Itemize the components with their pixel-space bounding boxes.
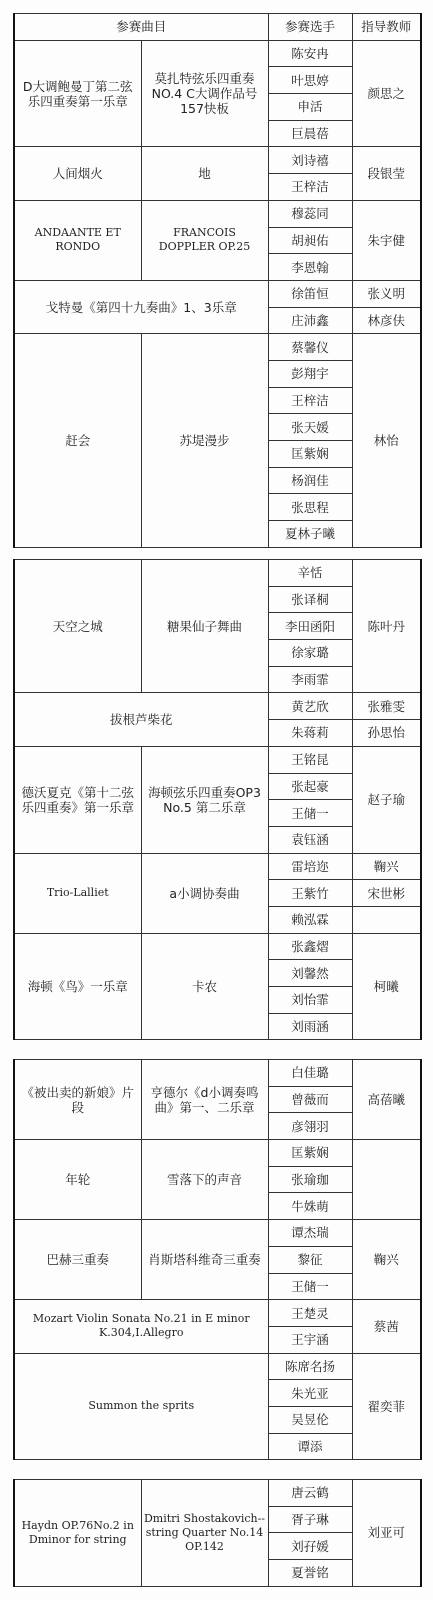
teacher-cell: 蔡茜 — [352, 1300, 421, 1353]
player-cell: 王铭昆 — [268, 746, 352, 773]
player-cell: 申活 — [268, 94, 352, 121]
player-cell: 牛姝萌 — [268, 1193, 352, 1220]
player-cell: 曾薇而 — [268, 1086, 352, 1113]
player-cell: 杨润佳 — [268, 467, 352, 494]
player-cell: 胥子琳 — [268, 1506, 352, 1533]
teacher-cell-empty — [352, 906, 421, 933]
player-cell: 王楚灵 — [268, 1300, 352, 1327]
player-cell: 赖泓霖 — [268, 906, 352, 933]
player-cell: 彦翎羽 — [268, 1113, 352, 1140]
piece-cell: 海顿弦乐四重奏OP3 No.5 第二乐章 — [141, 746, 268, 853]
player-cell: 王储一 — [268, 800, 352, 827]
piece-cell: a小调协奏曲 — [141, 853, 268, 933]
teacher-cell: 陈叶丹 — [352, 560, 421, 693]
teacher-cell: 柯曦 — [352, 933, 421, 1040]
player-cell: 袁钰涵 — [268, 826, 352, 853]
piece-cell: Dmitri Shostakovich--string Quarter No.1… — [141, 1480, 268, 1587]
teacher-cell: 高蓓曦 — [352, 1060, 421, 1140]
player-cell: 王储一 — [268, 1273, 352, 1300]
piece-cell: 莫扎特弦乐四重奏NO.4 C大调作品号157快板 — [141, 40, 268, 147]
teacher-cell: 鞠兴 — [352, 853, 421, 880]
teacher-cell: 鞠兴 — [352, 1220, 421, 1300]
player-cell: 李恩翰 — [268, 254, 352, 281]
player-cell: 张鑫熠 — [268, 933, 352, 960]
player-cell: 李田函阳 — [268, 613, 352, 640]
piece-cell: 海顿《鸟》一乐章 — [14, 933, 141, 1040]
piece-cell: 雪落下的声音 — [141, 1140, 268, 1220]
piece-cell: 巴赫三重奏 — [14, 1220, 141, 1300]
player-cell: 匡紫娴 — [268, 441, 352, 468]
piece-cell: 天空之城 — [14, 560, 141, 693]
piece-cell: ANDAANTE ET RONDO — [14, 200, 141, 280]
header-teacher: 指导教师 — [352, 14, 421, 41]
header-players: 参赛选手 — [268, 14, 352, 41]
player-cell: 徐家璐 — [268, 640, 352, 667]
player-cell: 白佳璐 — [268, 1060, 352, 1087]
teacher-cell: 颜思之 — [352, 40, 421, 147]
player-cell: 辛恬 — [268, 560, 352, 587]
piece-cell: FRANCOIS DOPPLER OP.25 — [141, 200, 268, 280]
piece-cell: 地 — [141, 147, 268, 200]
piece-cell: Summon the sprits — [14, 1353, 268, 1460]
piece-cell: Mozart Violin Sonata No.21 in E minor K.… — [14, 1300, 268, 1353]
player-cell: 巨晨蓓 — [268, 120, 352, 147]
player-cell: 夏誉铭 — [268, 1560, 352, 1587]
player-cell: 吴昱伦 — [268, 1406, 352, 1433]
teacher-cell — [352, 1140, 421, 1220]
teacher-cell: 刘亚可 — [352, 1480, 421, 1587]
player-cell: 李雨霏 — [268, 666, 352, 693]
player-cell: 唐云鹤 — [268, 1480, 352, 1507]
teacher-cell: 朱宇健 — [352, 200, 421, 280]
player-cell: 刘诗禧 — [268, 147, 352, 174]
piece-cell: 卡农 — [141, 933, 268, 1040]
teacher-cell: 张雅雯 — [352, 693, 421, 720]
piece-cell: 戈特曼《第四十九奏曲》1、3乐章 — [14, 280, 268, 333]
player-cell: 王梓洁 — [268, 174, 352, 201]
player-cell: 胡昶佑 — [268, 227, 352, 254]
piece-cell: 年轮 — [14, 1140, 141, 1220]
player-cell: 雷培迩 — [268, 853, 352, 880]
player-cell: 刘怡霏 — [268, 987, 352, 1014]
player-cell: 庄沛鑫 — [268, 307, 352, 334]
header-piece: 参赛曲目 — [14, 14, 268, 41]
player-cell: 穆蕊同 — [268, 200, 352, 227]
player-cell: 张天媛 — [268, 414, 352, 441]
player-cell: 谭添 — [268, 1433, 352, 1460]
teacher-cell: 宋世彬 — [352, 880, 421, 907]
player-cell: 匡紫娴 — [268, 1140, 352, 1167]
teacher-cell: 段银莹 — [352, 147, 421, 200]
piece-cell: 德沃夏克《第十二弦乐四重奏》第一乐章 — [14, 746, 141, 853]
player-cell: 张译桐 — [268, 586, 352, 613]
player-cell: 陈安冉 — [268, 40, 352, 67]
piece-cell: Trio-Lalliet — [14, 853, 141, 933]
teacher-cell: 张义明 — [352, 280, 421, 307]
piece-cell: 肖斯塔科维奇三重奏 — [141, 1220, 268, 1300]
player-cell: 刘孖媛 — [268, 1533, 352, 1560]
piece-cell: Haydn OP.76No.2 in Dminor for string — [14, 1480, 141, 1587]
player-cell: 王紫竹 — [268, 880, 352, 907]
player-cell: 叶思婷 — [268, 67, 352, 94]
player-cell: 黄艺欣 — [268, 693, 352, 720]
player-cell: 王宇涵 — [268, 1326, 352, 1353]
piece-cell: 《被出卖的新娘》片段 — [14, 1060, 141, 1140]
teacher-cell: 林彦伕 — [352, 307, 421, 334]
player-cell: 陈席名扬 — [268, 1353, 352, 1380]
player-cell: 谭杰瑞 — [268, 1220, 352, 1247]
player-cell: 刘雨涵 — [268, 1013, 352, 1040]
piece-cell: 拔根芦柴花 — [14, 693, 268, 746]
player-cell: 张瑜珈 — [268, 1166, 352, 1193]
program-table-3: 《被出卖的新娘》片段 亨德尔《d小调奏鸣曲》第一、二乐章 白佳璐 高蓓曦 曾薇而… — [13, 1059, 422, 1460]
teacher-cell: 赵子瑜 — [352, 746, 421, 853]
program-table-1: 参赛曲目 参赛选手 指导教师 D大调鲍曼丁第二弦乐四重奏第一乐章 莫扎特弦乐四重… — [13, 13, 422, 548]
player-cell: 朱光亚 — [268, 1380, 352, 1407]
player-cell: 徐笛恒 — [268, 280, 352, 307]
piece-cell: 糖果仙子舞曲 — [141, 560, 268, 693]
program-table-2: 天空之城 糖果仙子舞曲 辛恬 陈叶丹 张译桐 李田函阳 徐家璐 李雨霏 拔根芦柴… — [13, 559, 422, 1040]
teacher-cell: 孙思怡 — [352, 720, 421, 747]
player-cell: 蔡馨仪 — [268, 334, 352, 361]
player-cell: 王梓洁 — [268, 387, 352, 414]
player-cell: 张思程 — [268, 494, 352, 521]
piece-cell: 苏堤漫步 — [141, 334, 268, 548]
teacher-cell: 翟奕菲 — [352, 1353, 421, 1460]
piece-cell: 赶会 — [14, 334, 141, 548]
player-cell: 刘馨然 — [268, 960, 352, 987]
player-cell: 朱蒋莉 — [268, 720, 352, 747]
player-cell: 黎征 — [268, 1246, 352, 1273]
piece-cell: 人间烟火 — [14, 147, 141, 200]
piece-cell: D大调鲍曼丁第二弦乐四重奏第一乐章 — [14, 40, 141, 147]
teacher-cell: 林怡 — [352, 334, 421, 548]
program-table-4: Haydn OP.76No.2 in Dminor for string Dmi… — [13, 1479, 422, 1587]
player-cell: 彭翔宇 — [268, 360, 352, 387]
player-cell: 夏林子曦 — [268, 521, 352, 548]
player-cell: 张起豪 — [268, 773, 352, 800]
piece-cell: 亨德尔《d小调奏鸣曲》第一、二乐章 — [141, 1060, 268, 1140]
